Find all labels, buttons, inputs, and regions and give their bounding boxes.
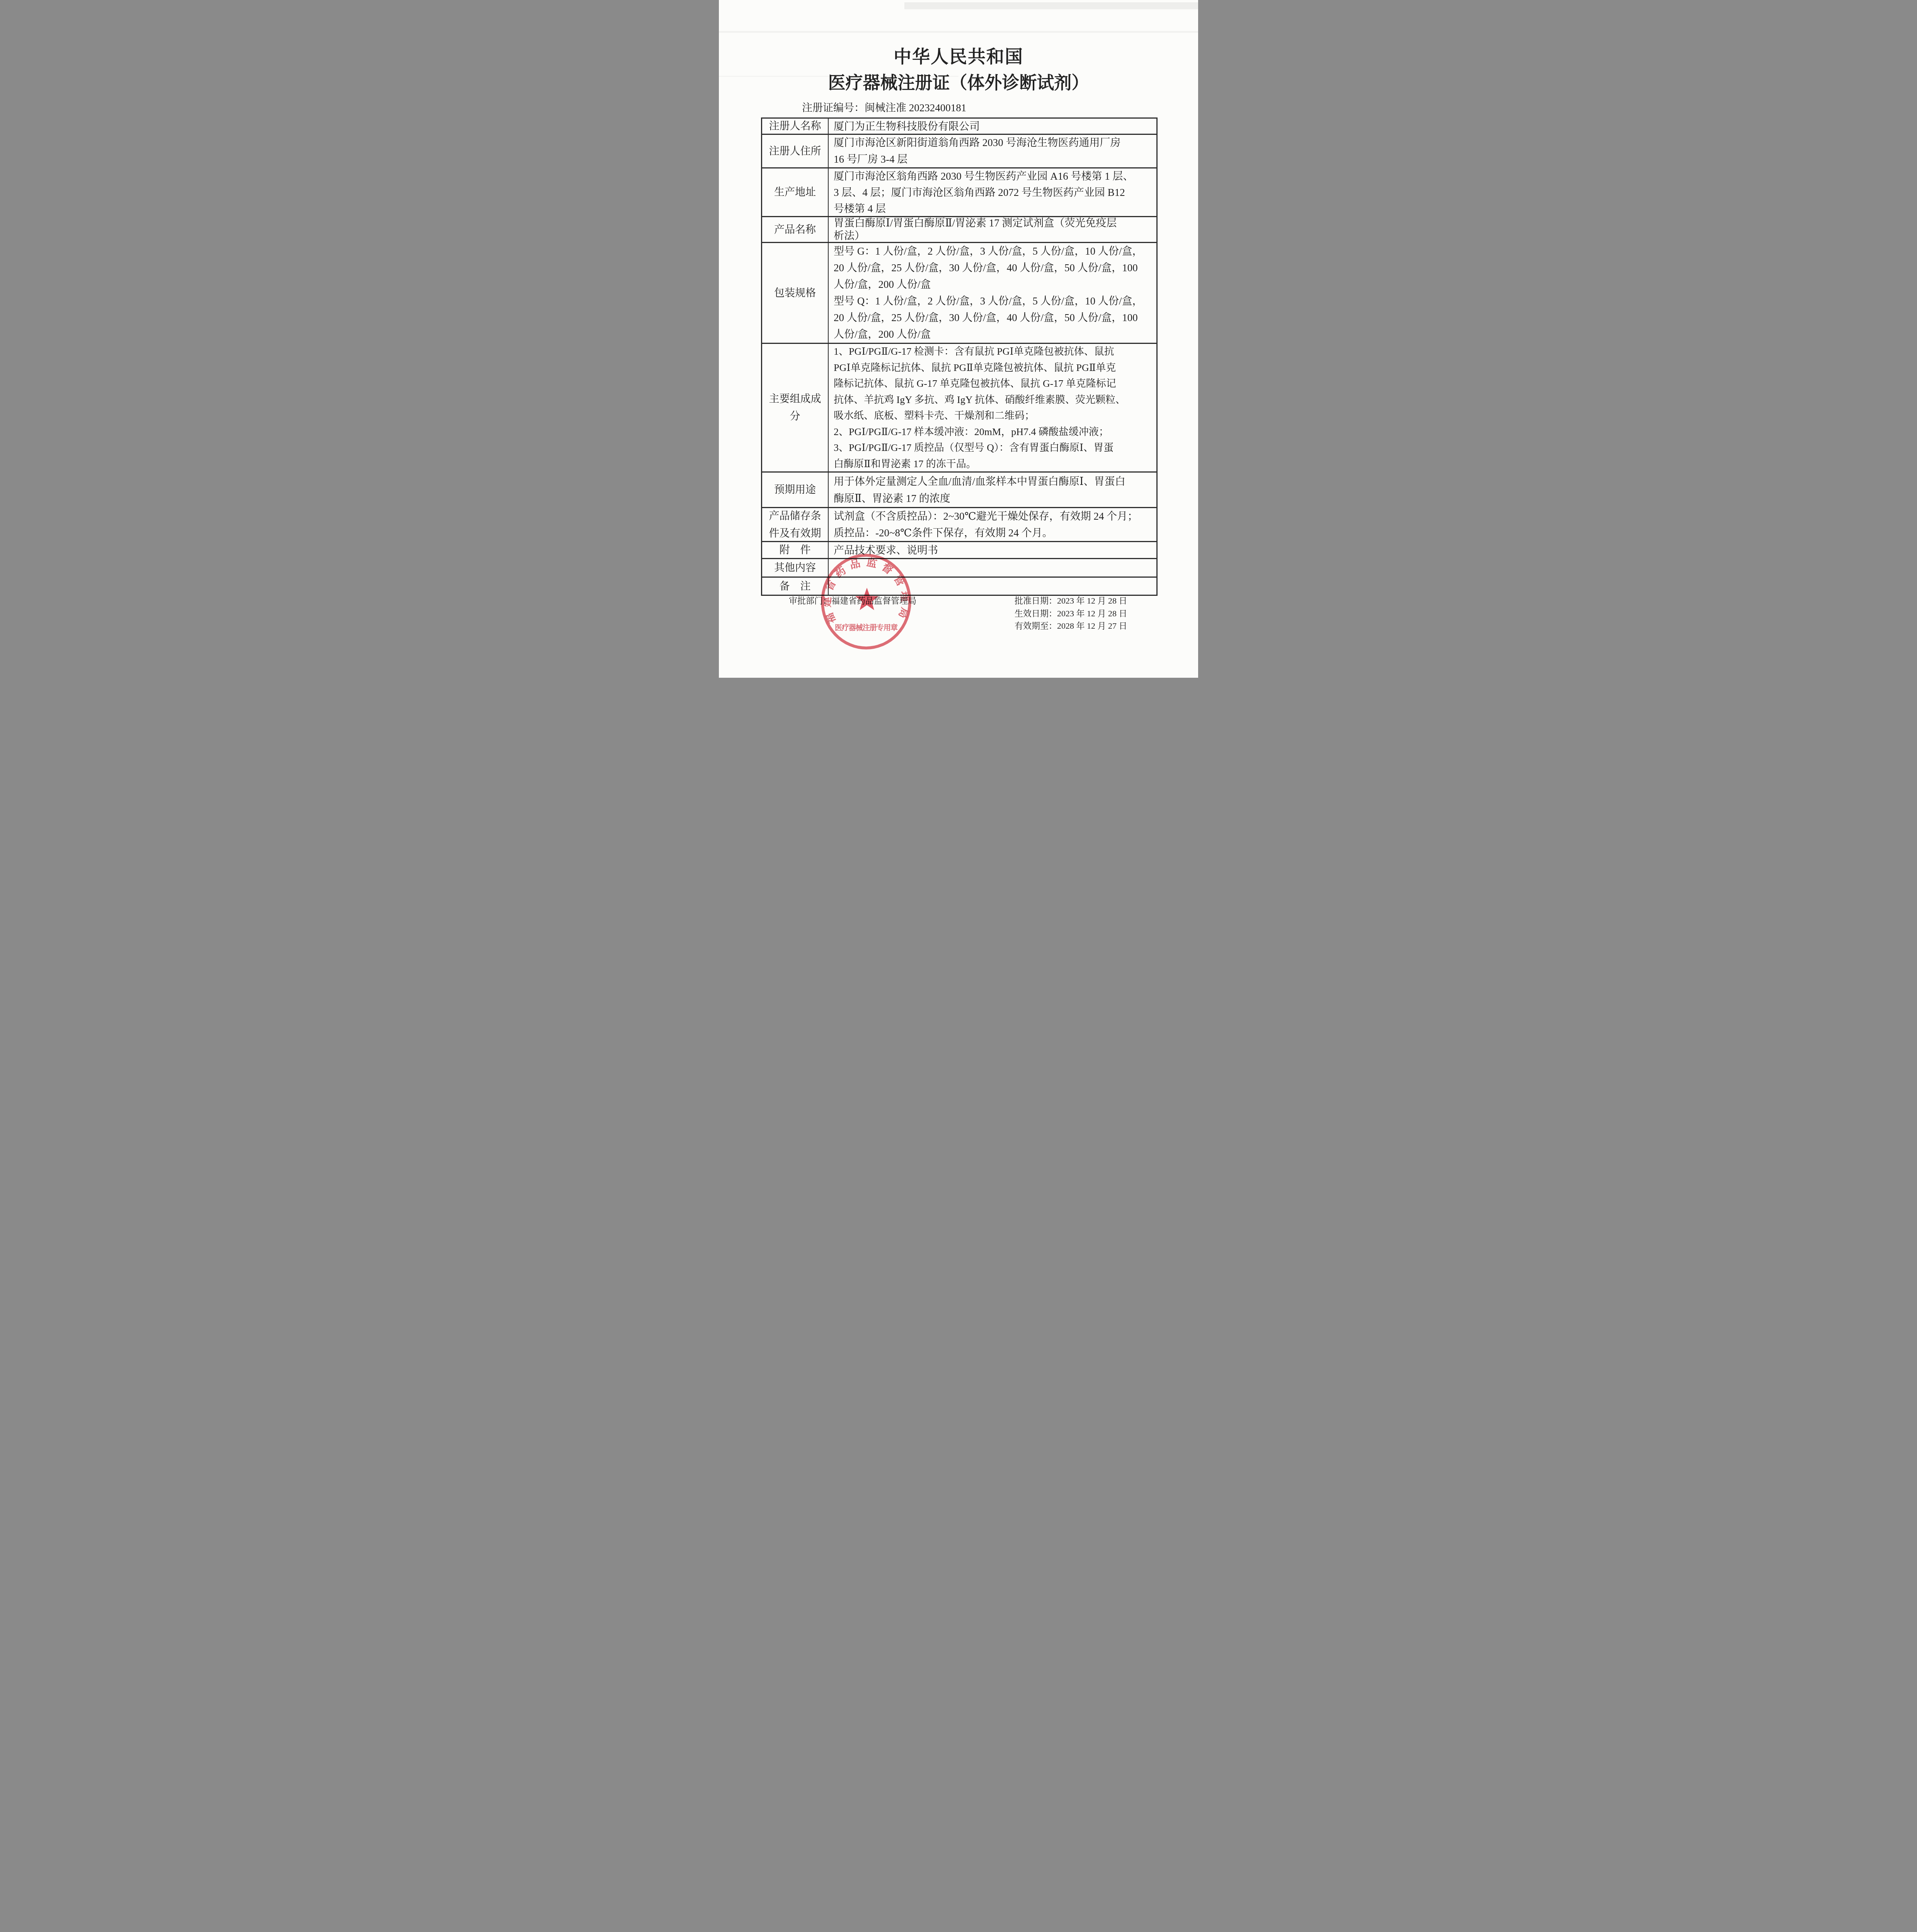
row-label: 主要组成成分 <box>762 344 829 471</box>
row-value: 厦门为正生物科技股份有限公司 <box>829 119 1156 134</box>
seal-star-icon <box>855 588 879 610</box>
certificate-table: 注册人名称 厦门为正生物科技股份有限公司 注册人住所 厦门市海沧区新阳街道翁角西… <box>761 117 1158 596</box>
scan-artifact <box>719 31 1198 33</box>
row-value: 1、PGⅠ/PGⅡ/G-17 检测卡：含有鼠抗 PGⅠ单克隆包被抗体、鼠抗PGⅠ… <box>829 344 1156 471</box>
approval-date: 批准日期：2023 年 12 月 28 日 <box>1015 595 1127 606</box>
row-label: 注册人住所 <box>762 135 829 167</box>
table-row-packaging-spec: 包装规格 型号 G：1 人份/盒，2 人份/盒，3 人份/盒，5 人份/盒，10… <box>762 243 1156 344</box>
text-line: 20 人份/盒，25 人份/盒，30 人份/盒，40 人份/盒，50 人份/盒，… <box>834 260 1154 276</box>
text-line: 厦门为正生物科技股份有限公司 <box>834 119 1154 134</box>
table-row-main-components: 主要组成成分 1、PGⅠ/PGⅡ/G-17 检测卡：含有鼠抗 PGⅠ单克隆包被抗… <box>762 344 1156 473</box>
scan-artifact <box>904 2 1198 9</box>
text-line: 抗体、羊抗鸡 IgY 多抗、鸡 IgY 抗体、硝酸纤维素膜、荧光颗粒、 <box>834 392 1154 408</box>
row-value: 用于体外定量测定人全血/血清/血浆样本中胃蛋白酶原Ⅰ、胃蛋白酶原Ⅱ、胃泌素 17… <box>829 473 1156 507</box>
text-line: 人份/盒，200 人份/盒 <box>834 276 1154 293</box>
table-row-registrant-name: 注册人名称 厦门为正生物科技股份有限公司 <box>762 119 1156 135</box>
seal-bottom-text: 医疗器械注册专用章 <box>835 623 898 632</box>
text-line: 16 号厂房 3-4 层 <box>834 151 1154 167</box>
text-line: 酶原Ⅱ、胃泌素 17 的浓度 <box>834 490 1154 507</box>
row-value: 胃蛋白酶原Ⅰ/胃蛋白酶原Ⅱ/胃泌素 17 测定试剂盒（荧光免疫层析法） <box>829 217 1156 242</box>
registration-number: 注册证编号：闽械注准 20232400181 <box>802 102 966 114</box>
text-line: 型号 G：1 人份/盒，2 人份/盒，3 人份/盒，5 人份/盒，10 人份/盒… <box>834 243 1154 260</box>
text-line: 白酶原Ⅱ和胃泌素 17 的冻干品。 <box>834 456 1154 472</box>
text-line: 型号 Q：1 人份/盒，2 人份/盒，3 人份/盒，5 人份/盒，10 人份/盒… <box>834 293 1154 310</box>
table-row-production-address: 生产地址 厦门市海沧区翁角西路 2030 号生物医药产业园 A16 号楼第 1 … <box>762 168 1156 217</box>
text-line: 析法） <box>834 230 1154 242</box>
row-value: 厦门市海沧区新阳街道翁角西路 2030 号海沧生物医药通用厂房16 号厂房 3-… <box>829 135 1156 167</box>
page-title-certificate: 医疗器械注册证（体外诊断试剂） <box>719 74 1198 93</box>
text-line: 3 层、4 层；厦门市海沧区翁角西路 2072 号生物医药产业园 B12 <box>834 184 1154 201</box>
text-line: 1、PGⅠ/PGⅡ/G-17 检测卡：含有鼠抗 PGⅠ单克隆包被抗体、鼠抗 <box>834 344 1154 360</box>
text-line: 胃蛋白酶原Ⅰ/胃蛋白酶原Ⅱ/胃泌素 17 测定试剂盒（荧光免疫层 <box>834 217 1154 230</box>
row-value: 试剂盒（不含质控品）：2~30℃避光干燥处保存，有效期 24 个月；质控品：-2… <box>829 508 1156 541</box>
certificate-page: 中华人民共和国 医疗器械注册证（体外诊断试剂） 注册证编号：闽械注准 20232… <box>719 0 1198 678</box>
effective-date: 生效日期：2023 年 12 月 28 日 <box>1015 608 1127 619</box>
text-line: 吸水纸、底板、塑料卡壳、干燥剂和二维码； <box>834 408 1154 424</box>
row-value: 型号 G：1 人份/盒，2 人份/盒，3 人份/盒，5 人份/盒，10 人份/盒… <box>829 243 1156 343</box>
table-row-intended-use: 预期用途 用于体外定量测定人全血/血清/血浆样本中胃蛋白酶原Ⅰ、胃蛋白酶原Ⅱ、胃… <box>762 473 1156 508</box>
table-row-product-name: 产品名称 胃蛋白酶原Ⅰ/胃蛋白酶原Ⅱ/胃泌素 17 测定试剂盒（荧光免疫层析法） <box>762 217 1156 243</box>
text-line: 质控品：-20~8℃条件下保存，有效期 24 个月。 <box>834 525 1154 541</box>
row-value: 厦门市海沧区翁角西路 2030 号生物医药产业园 A16 号楼第 1 层、3 层… <box>829 168 1156 216</box>
table-row-registrant-address: 注册人住所 厦门市海沧区新阳街道翁角西路 2030 号海沧生物医药通用厂房16 … <box>762 135 1156 168</box>
row-label: 预期用途 <box>762 473 829 507</box>
row-label: 包装规格 <box>762 243 829 343</box>
expiry-date: 有效期至：2028 年 12 月 27 日 <box>1015 621 1127 631</box>
text-line: 号楼第 4 层 <box>834 201 1154 216</box>
page-title-country: 中华人民共和国 <box>719 47 1198 66</box>
text-line: 隆标记抗体、鼠抗 G-17 单克隆包被抗体、鼠抗 G-17 单克隆标记 <box>834 376 1154 392</box>
text-line: 3、PGⅠ/PGⅡ/G-17 质控品（仅型号 Q）：含有胃蛋白酶原Ⅰ、胃蛋 <box>834 440 1154 456</box>
row-label: 生产地址 <box>762 168 829 216</box>
text-line: 厦门市海沧区新阳街道翁角西路 2030 号海沧生物医药通用厂房 <box>834 135 1154 151</box>
official-seal: 福建省药品监督管理局 医疗器械注册专用章 <box>817 553 916 651</box>
text-line: PGⅠ单克隆标记抗体、鼠抗 PGⅡ单克隆包被抗体、鼠抗 PGⅡ单克 <box>834 360 1154 376</box>
text-line: 厦门市海沧区翁角西路 2030 号生物医药产业园 A16 号楼第 1 层、 <box>834 168 1154 184</box>
text-line: 2、PGⅠ/PGⅡ/G-17 样本缓冲液：20mM，pH7.4 磷酸盐缓冲液； <box>834 424 1154 440</box>
text-line: 20 人份/盒，25 人份/盒，30 人份/盒，40 人份/盒，50 人份/盒，… <box>834 310 1154 326</box>
row-label: 注册人名称 <box>762 119 829 134</box>
table-row-storage-validity: 产品储存条件及有效期 试剂盒（不含质控品）：2~30℃避光干燥处保存，有效期 2… <box>762 508 1156 542</box>
text-line: 试剂盒（不含质控品）：2~30℃避光干燥处保存，有效期 24 个月； <box>834 508 1154 525</box>
row-label: 产品储存条件及有效期 <box>762 508 829 541</box>
text-line: 用于体外定量测定人全血/血清/血浆样本中胃蛋白酶原Ⅰ、胃蛋白 <box>834 473 1154 490</box>
text-line: 人份/盒，200 人份/盒 <box>834 326 1154 343</box>
row-label: 产品名称 <box>762 217 829 242</box>
